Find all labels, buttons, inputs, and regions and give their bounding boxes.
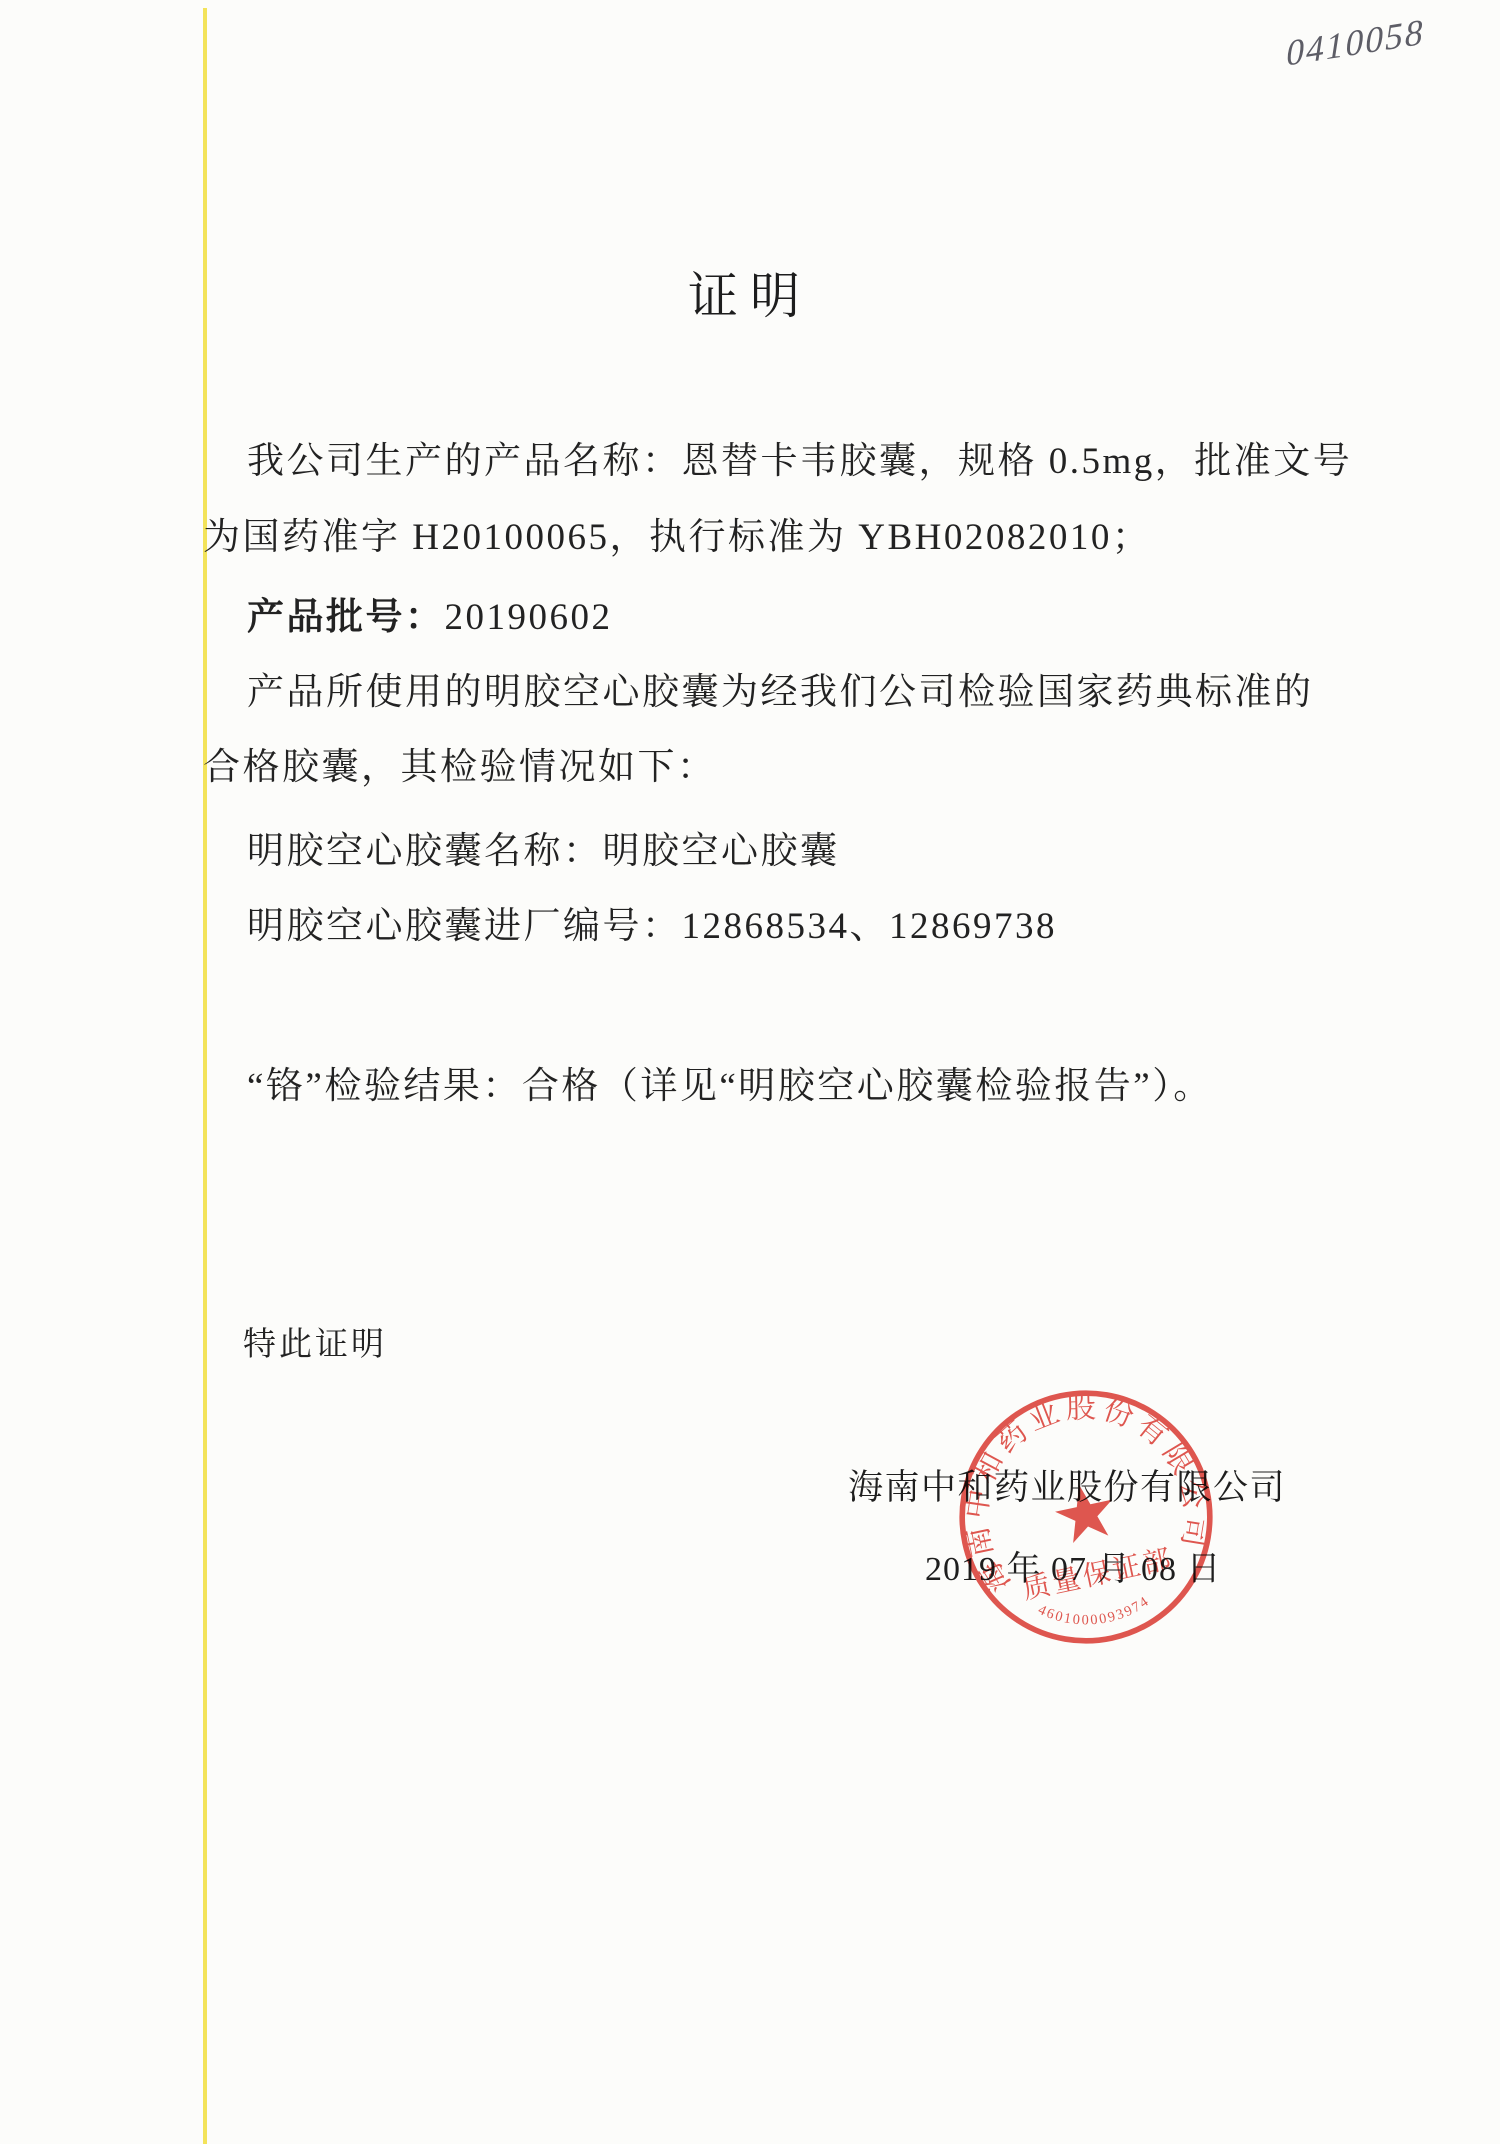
body-line-chromium-result: “铬”检验结果：合格（详见“明胶空心胶囊检验报告”）。	[247, 1055, 1213, 1109]
body-line-capsule-name: 明胶空心胶囊名称：明胶空心胶囊	[247, 820, 840, 874]
company-seal-stamp: 海南中和药业股份有限公司 质量保证部 4601000093974	[928, 1359, 1243, 1674]
page-title: 证明	[0, 256, 1500, 328]
certificate-page: 0410058 证明 我公司生产的产品名称：恩替卡韦胶囊，规格 0.5mg，批准…	[0, 0, 1500, 2144]
body-line-capsule-statement: 产品所使用的明胶空心胶囊为经我们公司检验国家药典标准的	[247, 661, 1314, 715]
handwritten-number: 0410058	[1286, 0, 1494, 75]
batch-label: 产品批号：	[247, 597, 445, 638]
stamp-department-text: 质量保证部	[1020, 1543, 1176, 1605]
scan-edge-yellow-line	[203, 8, 207, 2144]
body-line-approval-number: 为国药准字 H20100065，执行标准为 YBH02082010；	[203, 506, 1151, 560]
body-line-capsule-entry-numbers: 明胶空心胶囊进厂编号：12868534、12869738	[247, 895, 1057, 949]
stamp-star-icon	[1051, 1479, 1120, 1545]
body-line-product-name: 我公司生产的产品名称：恩替卡韦胶囊，规格 0.5mg，批准文号	[247, 430, 1352, 484]
body-line-capsule-statement-cont: 合格胶囊，其检验情况如下：	[203, 736, 717, 790]
closing-statement: 特此证明	[243, 1318, 387, 1365]
batch-value: 20190602	[445, 597, 613, 638]
body-line-batch: 产品批号：20190602	[247, 586, 613, 640]
